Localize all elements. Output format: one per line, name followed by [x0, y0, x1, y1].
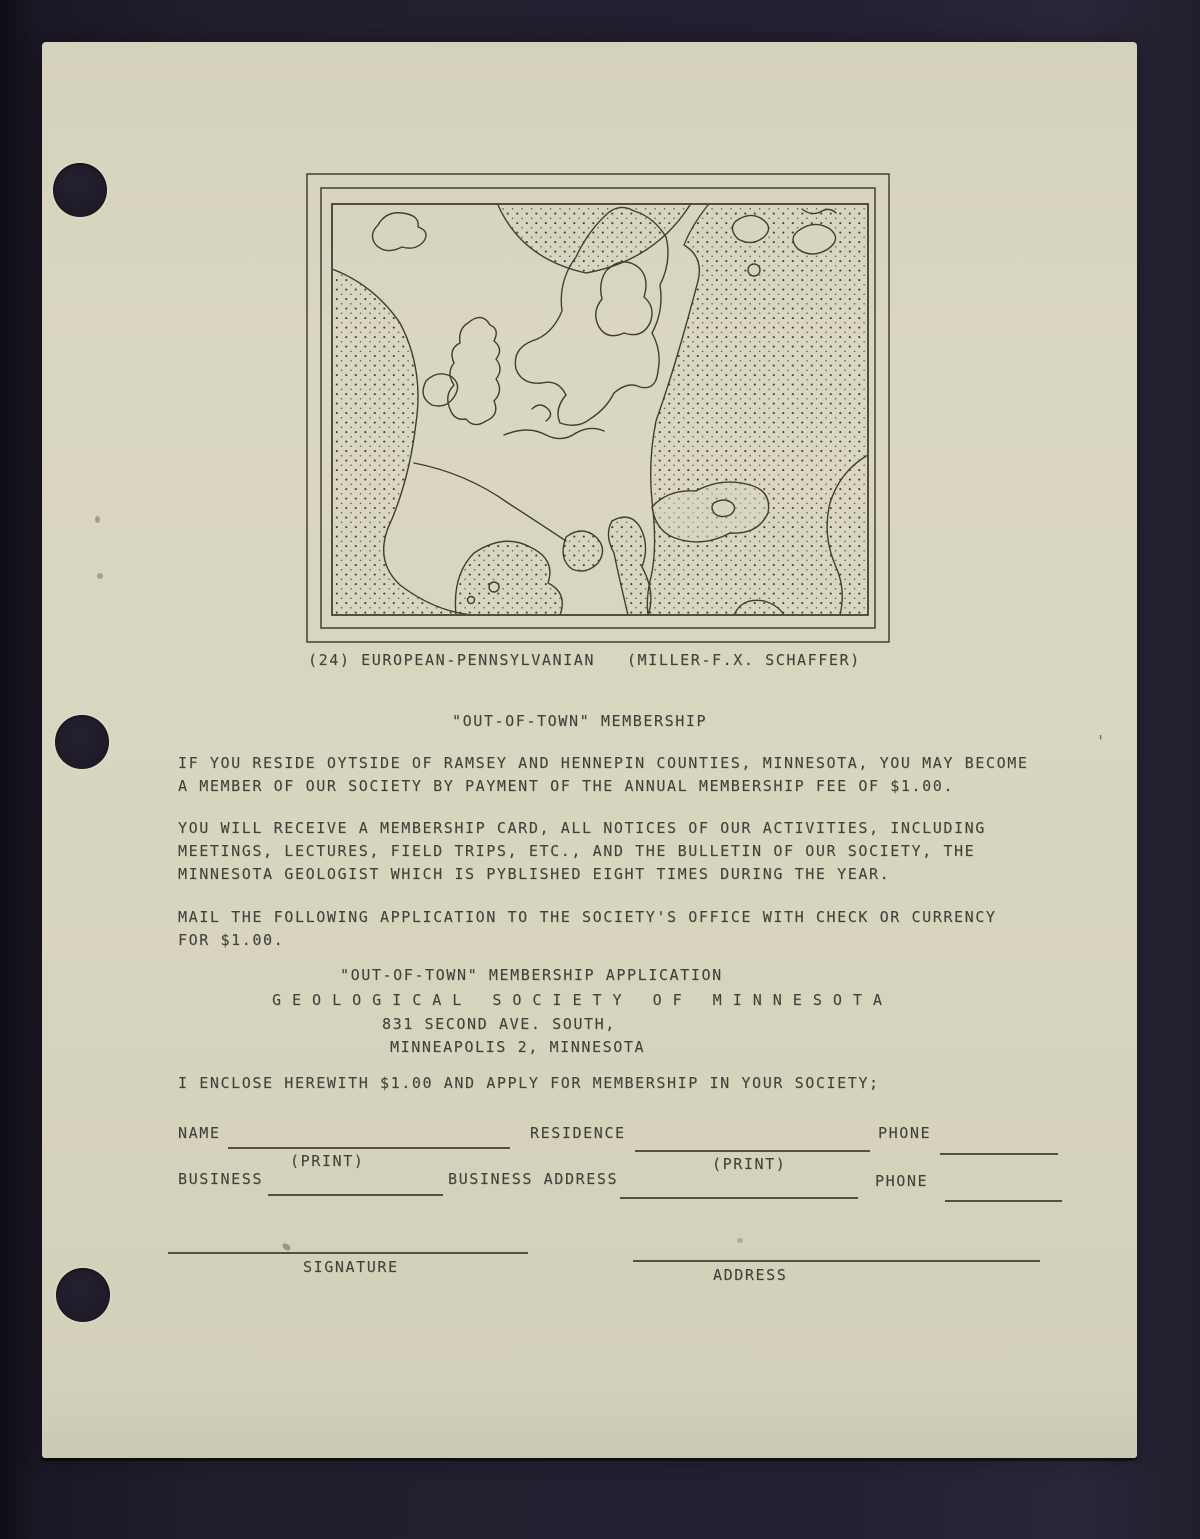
address-label: ADDRESS — [713, 1264, 787, 1287]
phone-field-line-1 — [940, 1153, 1058, 1155]
stray-mark: ' — [1096, 730, 1107, 753]
punch-hole-bottom — [56, 1268, 110, 1322]
residence-field-line — [635, 1150, 870, 1152]
address-field-line — [633, 1260, 1040, 1262]
phone-label-1: PHONE — [878, 1122, 931, 1145]
section-heading: "OUT-OF-TOWN" MEMBERSHIP — [452, 710, 707, 733]
print-hint-name: (PRINT) — [290, 1150, 364, 1173]
ink-speck — [281, 1242, 292, 1252]
punch-hole-top — [53, 163, 107, 217]
europe-pennsylvanian-map — [306, 173, 890, 643]
organization-address-line1: 831 SECOND AVE. SOUTH, — [382, 1013, 616, 1036]
phone-field-line-2 — [945, 1200, 1062, 1202]
organization-address-line2: MINNEAPOLIS 2, MINNESOTA — [390, 1036, 645, 1059]
residence-label: RESIDENCE — [530, 1122, 626, 1145]
application-title: "OUT-OF-TOWN" MEMBERSHIP APPLICATION — [340, 964, 723, 987]
signature-field-line — [168, 1252, 528, 1254]
name-field-line — [228, 1147, 510, 1149]
organization-name: GEOLOGICAL SOCIETY OF MINNESOTA — [272, 989, 893, 1012]
signature-label: SIGNATURE — [303, 1256, 399, 1279]
document-page: (24) EUROPEAN-PENNSYLVANIAN (MILLER-F.X.… — [42, 42, 1137, 1458]
paragraph-mail-instructions: MAIL THE FOLLOWING APPLICATION TO THE SO… — [178, 906, 1078, 952]
phone-label-2: PHONE — [875, 1170, 928, 1193]
paragraph-benefits: YOU WILL RECEIVE A MEMBERSHIP CARD, ALL … — [178, 817, 1078, 886]
print-hint-residence: (PRINT) — [712, 1153, 786, 1176]
punch-hole-middle — [55, 715, 109, 769]
map-caption: (24) EUROPEAN-PENNSYLVANIAN (MILLER-F.X.… — [308, 649, 908, 672]
business-address-field-line — [620, 1197, 858, 1199]
paragraph-eligibility: IF YOU RESIDE OYTSIDE OF RAMSEY AND HENN… — [178, 752, 1078, 798]
ink-speck — [95, 516, 100, 523]
scanned-page-background: (24) EUROPEAN-PENNSYLVANIAN (MILLER-F.X.… — [0, 0, 1200, 1539]
map-content — [332, 205, 868, 615]
business-address-label: BUSINESS ADDRESS — [448, 1168, 618, 1191]
ink-speck — [97, 573, 103, 579]
name-label: NAME — [178, 1122, 221, 1145]
enclosure-statement: I ENCLOSE HEREWITH $1.00 AND APPLY FOR M… — [178, 1072, 880, 1095]
ink-speck — [737, 1238, 743, 1243]
sea-stipple — [332, 205, 868, 615]
business-field-line — [268, 1194, 443, 1196]
business-label: BUSINESS — [178, 1168, 263, 1191]
map-figure: (24) EUROPEAN-PENNSYLVANIAN (MILLER-F.X.… — [306, 173, 890, 647]
